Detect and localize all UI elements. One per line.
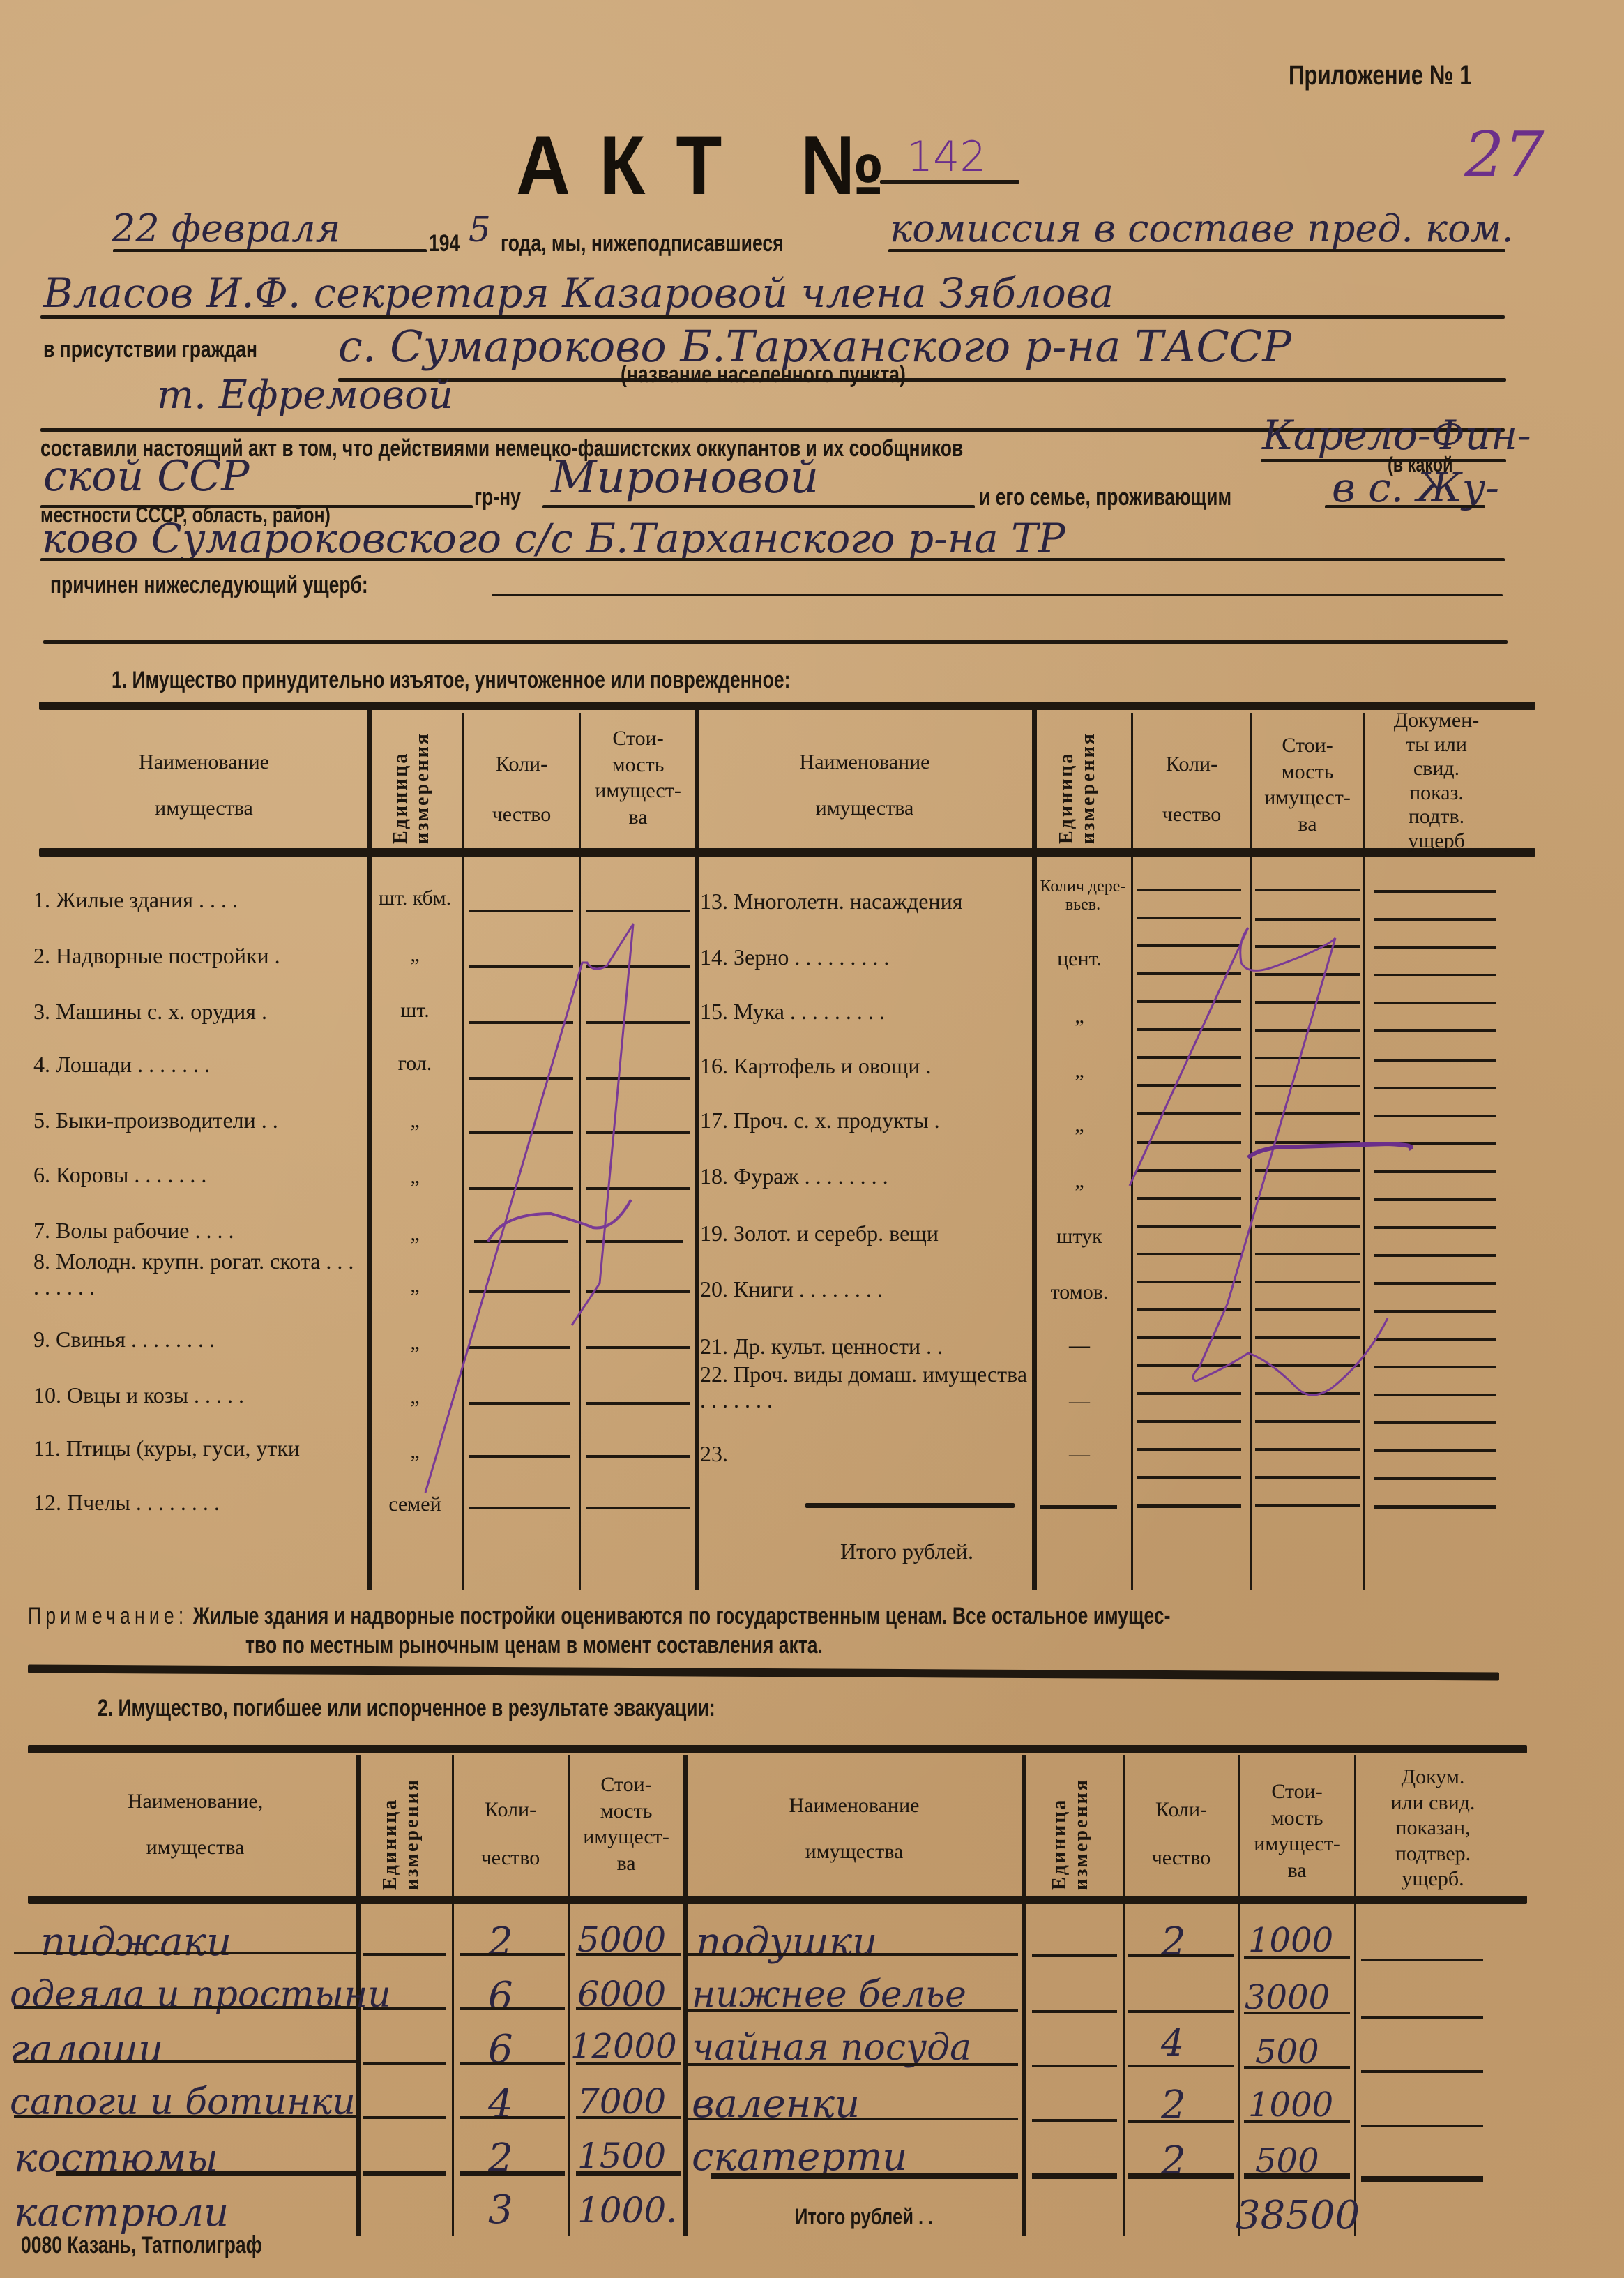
header-text: имущест-: [1241, 1831, 1353, 1857]
row-underline: [576, 2171, 681, 2176]
header-text: или свид.: [1360, 1790, 1506, 1816]
header-text: Коли-: [1125, 1786, 1237, 1834]
row-underline: [363, 2062, 446, 2065]
s2-header-unit-left: Единица измерения: [380, 1765, 423, 1890]
row-underline: [460, 2062, 565, 2065]
s2-header-qty-left: Коли- чество: [455, 1786, 566, 1882]
row-underline: [1244, 2120, 1350, 2123]
section2-top-border: [28, 1745, 1527, 1753]
header-text: имущества: [42, 1825, 349, 1871]
s2-header-qty-right: Коли- чество: [1125, 1786, 1237, 1882]
header-text: Коли-: [455, 1786, 566, 1834]
section1-bottom: [39, 1590, 1535, 1592]
header-text: чество: [1125, 1834, 1237, 1882]
row-underline: [56, 2171, 356, 2176]
printer-imprint: 0080 Казань, Татполиграф: [21, 2232, 262, 2259]
row-underline: [1361, 2176, 1483, 2182]
s2-header-name-left: Наименование, имущества: [42, 1779, 349, 1871]
header-text: Стои-: [570, 1772, 682, 1798]
row-underline: [14, 2115, 356, 2118]
row-underline: [711, 2173, 1018, 2179]
s2-row-qty: 4: [488, 2081, 513, 2127]
row-underline: [1244, 2012, 1350, 2014]
row-underline: [1361, 2070, 1483, 2073]
header-text: мость: [570, 1798, 682, 1825]
row-underline: [14, 2006, 356, 2009]
s2-header-cost-right: Стои- мость имущест- ва: [1241, 1779, 1353, 1883]
s2-col-divider: [1123, 1755, 1125, 2236]
s2-row-qty: 4: [1161, 2023, 1184, 2065]
header-text: Докум.: [1360, 1765, 1506, 1790]
row-underline: [687, 2063, 1018, 2066]
header-text: измерения: [1071, 1765, 1093, 1890]
row-underline: [1361, 1959, 1483, 1961]
note-text2: тво по местным рыночным ценам в момент с…: [245, 1632, 823, 1659]
row-underline: [576, 2062, 681, 2065]
header-text: измерения: [402, 1765, 423, 1890]
note-label-and-text: Примечание: Жилые здания и надворные пос…: [28, 1603, 1170, 1630]
s2-row-name: пиджаки: [40, 1919, 232, 1965]
header-text: подтвер.: [1360, 1841, 1506, 1867]
s2-header-cost-left: Стои- мость имущест- ва: [570, 1772, 682, 1876]
row-underline: [1244, 2066, 1350, 2069]
header-text: Единица: [1049, 1765, 1071, 1890]
row-underline: [363, 2116, 446, 2119]
header-text: Наименование: [690, 1783, 1018, 1829]
header-text: чество: [455, 1834, 566, 1882]
s2-col-divider: [568, 1755, 570, 2236]
s2-col-divider: [683, 1755, 688, 2236]
header-text: Единица: [380, 1765, 402, 1890]
s2-row-qty: 6: [488, 1974, 513, 2019]
s2-row-name: чайная посуда: [692, 2027, 971, 2069]
s2-row-name: одеяла и простыни: [10, 1974, 391, 2016]
s2-row-name: кастрюли: [14, 2190, 229, 2235]
section2-header-border: [28, 1896, 1527, 1904]
s2-header-docs: Докум. или свид. показан, подтвер. ущерб…: [1360, 1765, 1506, 1892]
header-text: имущест-: [570, 1824, 682, 1850]
header-text: ущерб.: [1360, 1866, 1506, 1892]
row-underline: [363, 2171, 446, 2176]
row-underline: [460, 2171, 565, 2176]
row-underline: [576, 2116, 681, 2119]
header-text: мость: [1241, 1805, 1353, 1832]
row-underline: [1128, 2120, 1234, 2123]
row-underline: [1032, 2173, 1117, 2179]
header-text: показан,: [1360, 1816, 1506, 1841]
row-underline: [1128, 1954, 1234, 1957]
row-underline: [1244, 1956, 1350, 1959]
row-underline: [1032, 2065, 1117, 2067]
s2-col-divider: [1238, 1755, 1240, 2236]
s2-row-qty: 2: [488, 1919, 513, 1965]
note-text1: Жилые здания и надворные постройки оцени…: [193, 1603, 1171, 1629]
s2-row-cost: 1000: [1248, 1921, 1333, 1960]
row-underline: [1128, 2010, 1234, 2013]
row-underline: [1361, 2016, 1483, 2019]
s2-row-qty: 2: [1161, 1919, 1186, 1965]
row-underline: [687, 2118, 1018, 2120]
header-text: Наименование,: [42, 1779, 349, 1825]
row-underline: [1128, 2173, 1234, 2179]
row-underline: [460, 1953, 565, 1956]
header-text: имущества: [690, 1829, 1018, 1875]
row-underline: [576, 2007, 681, 2010]
section2-title: 2. Имущество, погибшее или испорченное в…: [98, 1695, 715, 1722]
row-underline: [1244, 2173, 1350, 2179]
row-underline: [1032, 2010, 1117, 2013]
s2-header-name-right: Наименование имущества: [690, 1783, 1018, 1875]
s2-row-name: подушки: [696, 1919, 877, 1965]
note-label: Примечание:: [28, 1603, 188, 1629]
header-text: ва: [1241, 1857, 1353, 1884]
s2-row-cost: 1000: [1248, 2085, 1333, 2125]
s2-row-qty: 6: [488, 2027, 513, 2072]
s2-row-cost: 1000.: [577, 2190, 677, 2231]
row-underline: [687, 2009, 1018, 2012]
header-text: Стои-: [1241, 1779, 1353, 1805]
s2-row-name: галоши: [10, 2027, 163, 2072]
row-underline: [14, 1952, 356, 1954]
row-underline: [1032, 1954, 1117, 1957]
row-underline: [14, 2060, 356, 2063]
row-underline: [1032, 2119, 1117, 2122]
row-underline: [1128, 2065, 1234, 2067]
row-underline: [363, 1953, 446, 1956]
row-underline: [460, 2007, 565, 2010]
row-underline: [687, 1953, 1018, 1956]
s2-col-divider: [452, 1755, 454, 2236]
s2-col-divider: [1354, 1755, 1356, 2236]
row-underline: [363, 2007, 446, 2010]
row-underline: [460, 2116, 565, 2119]
header-text: ва: [570, 1850, 682, 1877]
s2-total-label: Итого рублей . .: [795, 2204, 933, 2230]
s2-col-divider: [1022, 1755, 1026, 2236]
s2-row-qty: 3: [488, 2187, 513, 2233]
row-underline: [1361, 2125, 1483, 2127]
s2-total-value: 38500: [1236, 2193, 1360, 2238]
row-underline: [576, 1953, 681, 1956]
s2-header-unit-right: Единица измерения: [1049, 1765, 1093, 1890]
s2-row-cost: 12000: [570, 2027, 677, 2066]
